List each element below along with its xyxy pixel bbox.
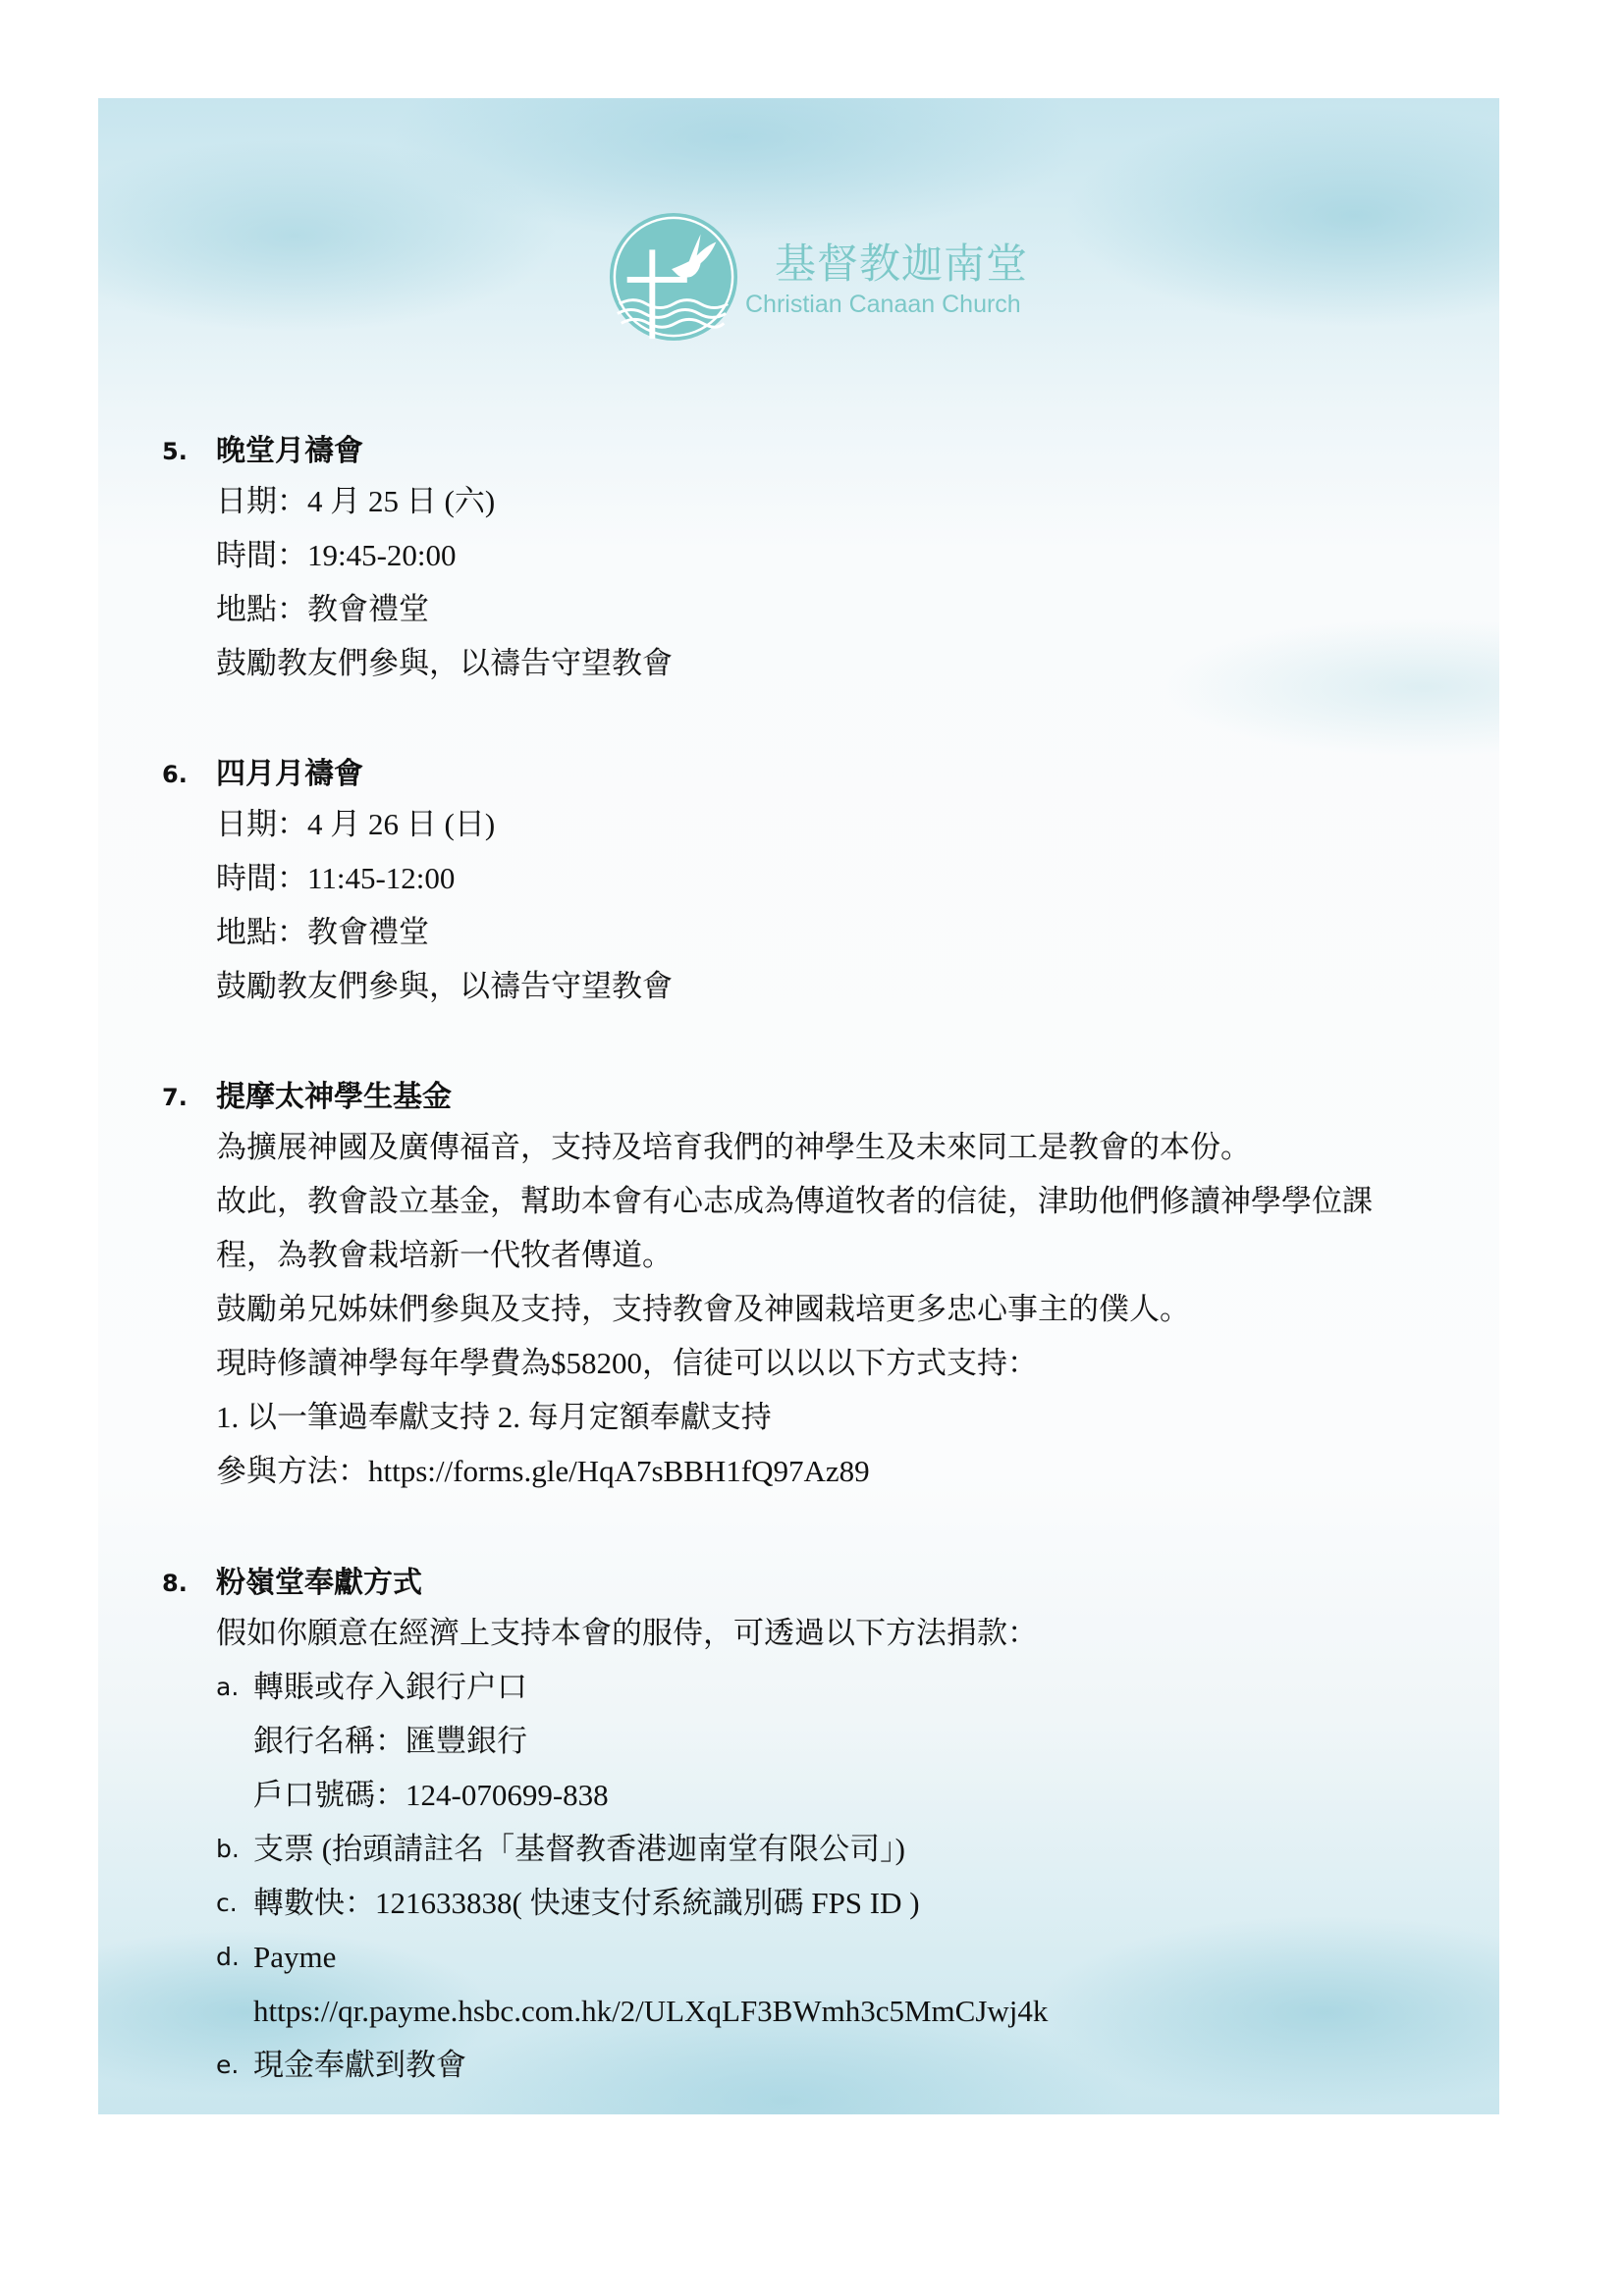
option-cash: e. 現金奉獻到教會	[162, 2038, 1488, 2092]
time-line: 時間：19:45-20:00	[162, 528, 1488, 582]
location-line: 地點：教會禮堂	[162, 905, 1488, 959]
option-letter: d.	[216, 1930, 253, 1984]
location-line: 地點：教會禮堂	[162, 582, 1488, 636]
church-name-chinese: 基督教迦南堂	[775, 239, 1028, 290]
option-text: 轉數快：121633838( 快速支付系統識別碼 FPS ID )	[253, 1876, 920, 1930]
section-number: 8.	[162, 1561, 216, 1606]
tuition-line: 現時修讀神學每年學費為$58200，信徒可以以以下方式支持：	[162, 1336, 1488, 1390]
section-number: 7.	[162, 1075, 216, 1120]
option-payme: d. Payme	[162, 1930, 1488, 1984]
option-letter: b.	[216, 1822, 253, 1876]
date-line: 日期：4 月 26 日 (日)	[162, 797, 1488, 851]
section-title: 提摩太神學生基金	[216, 1075, 452, 1120]
participation-link[interactable]: 參與方法：https://forms.gle/HqA7sBBH1fQ97Az89	[162, 1444, 1488, 1498]
option-letter: c.	[216, 1876, 253, 1930]
option-letter: a.	[216, 1660, 253, 1714]
section-title: 晚堂月禱會	[216, 429, 363, 474]
section-evening-prayer-meeting: 5. 晚堂月禱會 日期：4 月 25 日 (六) 時間：19:45-20:00 …	[162, 429, 1488, 690]
section-heading: 5. 晚堂月禱會	[162, 429, 1488, 474]
section-heading: 6. 四月月禱會	[162, 752, 1488, 797]
payme-link[interactable]: https://qr.payme.hsbc.com.hk/2/ULXqLF3BW…	[162, 1984, 1488, 2038]
support-options-line: 1. 以一筆過奉獻支持 2. 每月定額奉獻支持	[162, 1390, 1488, 1444]
section-heading: 7. 提摩太神學生基金	[162, 1075, 1488, 1120]
date-line: 日期：4 月 25 日 (六)	[162, 474, 1488, 528]
section-number: 5.	[162, 429, 216, 474]
section-offering-methods: 8. 粉嶺堂奉獻方式 假如你願意在經濟上支持本會的服侍，可透過以下方法捐款： a…	[162, 1561, 1488, 2092]
church-name-english: Christian Canaan Church	[745, 290, 1028, 319]
section-title: 四月月禱會	[216, 752, 363, 797]
paragraph-line: 故此，教會設立基金，幫助本會有心志成為傳道牧者的信徒，津助他們修讀神學學位課	[162, 1174, 1488, 1228]
option-fps: c. 轉數快：121633838( 快速支付系統識別碼 FPS ID )	[162, 1876, 1488, 1930]
section-april-prayer-meeting: 6. 四月月禱會 日期：4 月 26 日 (日) 時間：11:45-12:00 …	[162, 752, 1488, 1013]
section-timothy-fund: 7. 提摩太神學生基金 為擴展神國及廣傳福音，支持及培育我們的神學生及未來同工是…	[162, 1075, 1488, 1498]
account-number-line: 戶口號碼：124-070699-838	[162, 1768, 1488, 1822]
paragraph-line: 為擴展神國及廣傳福音，支持及培育我們的神學生及未來同工是教會的本份。	[162, 1120, 1488, 1174]
encouragement-line: 鼓勵教友們參與，以禱告守望教會	[162, 636, 1488, 690]
option-cheque: b. 支票 (抬頭請註名「基督教香港迦南堂有限公司」)	[162, 1822, 1488, 1876]
option-text: 轉賬或存入銀行户口	[253, 1660, 527, 1714]
option-bank-transfer: a. 轉賬或存入銀行户口	[162, 1660, 1488, 1714]
encouragement-line: 鼓勵教友們參與，以禱告守望教會	[162, 959, 1488, 1013]
section-title: 粉嶺堂奉獻方式	[216, 1561, 422, 1606]
church-logo: 基督教迦南堂 Christian Canaan Church	[606, 209, 1028, 345]
option-text: 支票 (抬頭請註名「基督教香港迦南堂有限公司」)	[253, 1822, 905, 1876]
option-text: 現金奉獻到教會	[253, 2038, 466, 2092]
paragraph-line: 程，為教會栽培新一代牧者傳道。	[162, 1228, 1488, 1282]
bank-name-line: 銀行名稱：匯豐銀行	[162, 1714, 1488, 1768]
intro-line: 假如你願意在經濟上支持本會的服侍，可透過以下方法捐款：	[162, 1606, 1488, 1660]
section-heading: 8. 粉嶺堂奉獻方式	[162, 1561, 1488, 1606]
cross-dove-waves-icon	[606, 209, 741, 345]
time-line: 時間：11:45-12:00	[162, 851, 1488, 905]
option-letter: e.	[216, 2038, 253, 2092]
option-text: Payme	[253, 1930, 336, 1984]
paragraph-line: 鼓勵弟兄姊妹們參與及支持，支持教會及神國栽培更多忠心事主的僕人。	[162, 1282, 1488, 1336]
section-number: 6.	[162, 752, 216, 797]
